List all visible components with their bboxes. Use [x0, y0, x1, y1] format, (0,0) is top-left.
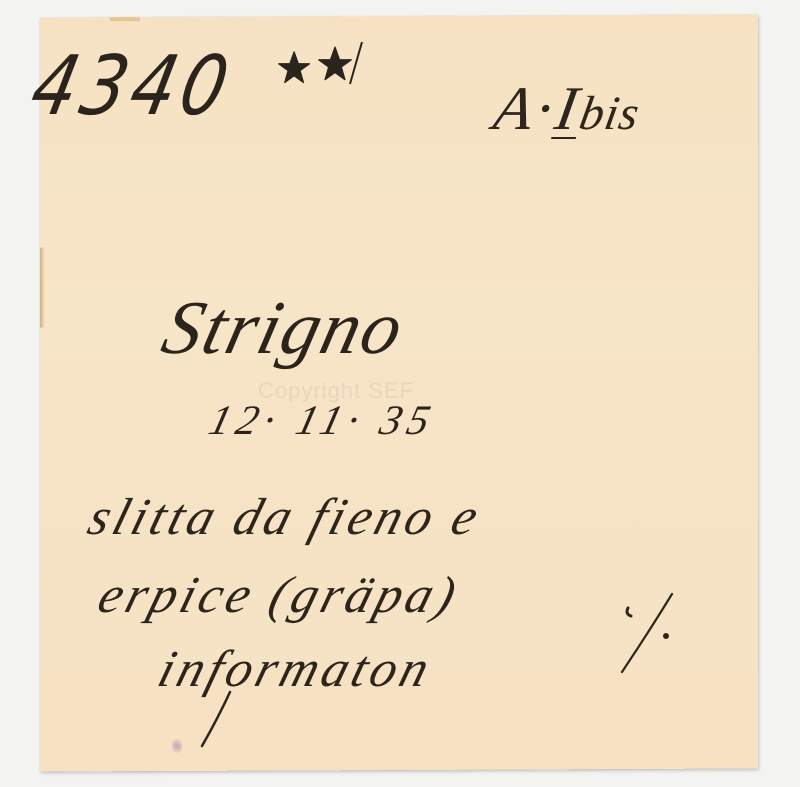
section-code: A·Ibis [490, 78, 646, 140]
place-name: Strigno [156, 290, 413, 366]
edge-stain [40, 248, 45, 328]
descender-stroke-icon [196, 690, 236, 750]
photo-stage: 4340 A·Ibis Strigno Copyright SEF 12· 11… [0, 0, 800, 787]
description-line-1: slitta da fieno e [83, 492, 488, 544]
division-mark-icon [610, 590, 690, 680]
ink-smudge [172, 739, 182, 753]
top-stain [110, 17, 140, 21]
star-marks-icon [272, 40, 392, 100]
description-line-3: informaton [153, 644, 439, 696]
section-code-suffix: bis [576, 87, 644, 140]
description-line-2: erpice (gräpa) [93, 570, 466, 622]
record-date: 12· 11· 35 [205, 400, 440, 442]
catalog-number: 4340 [25, 46, 240, 128]
